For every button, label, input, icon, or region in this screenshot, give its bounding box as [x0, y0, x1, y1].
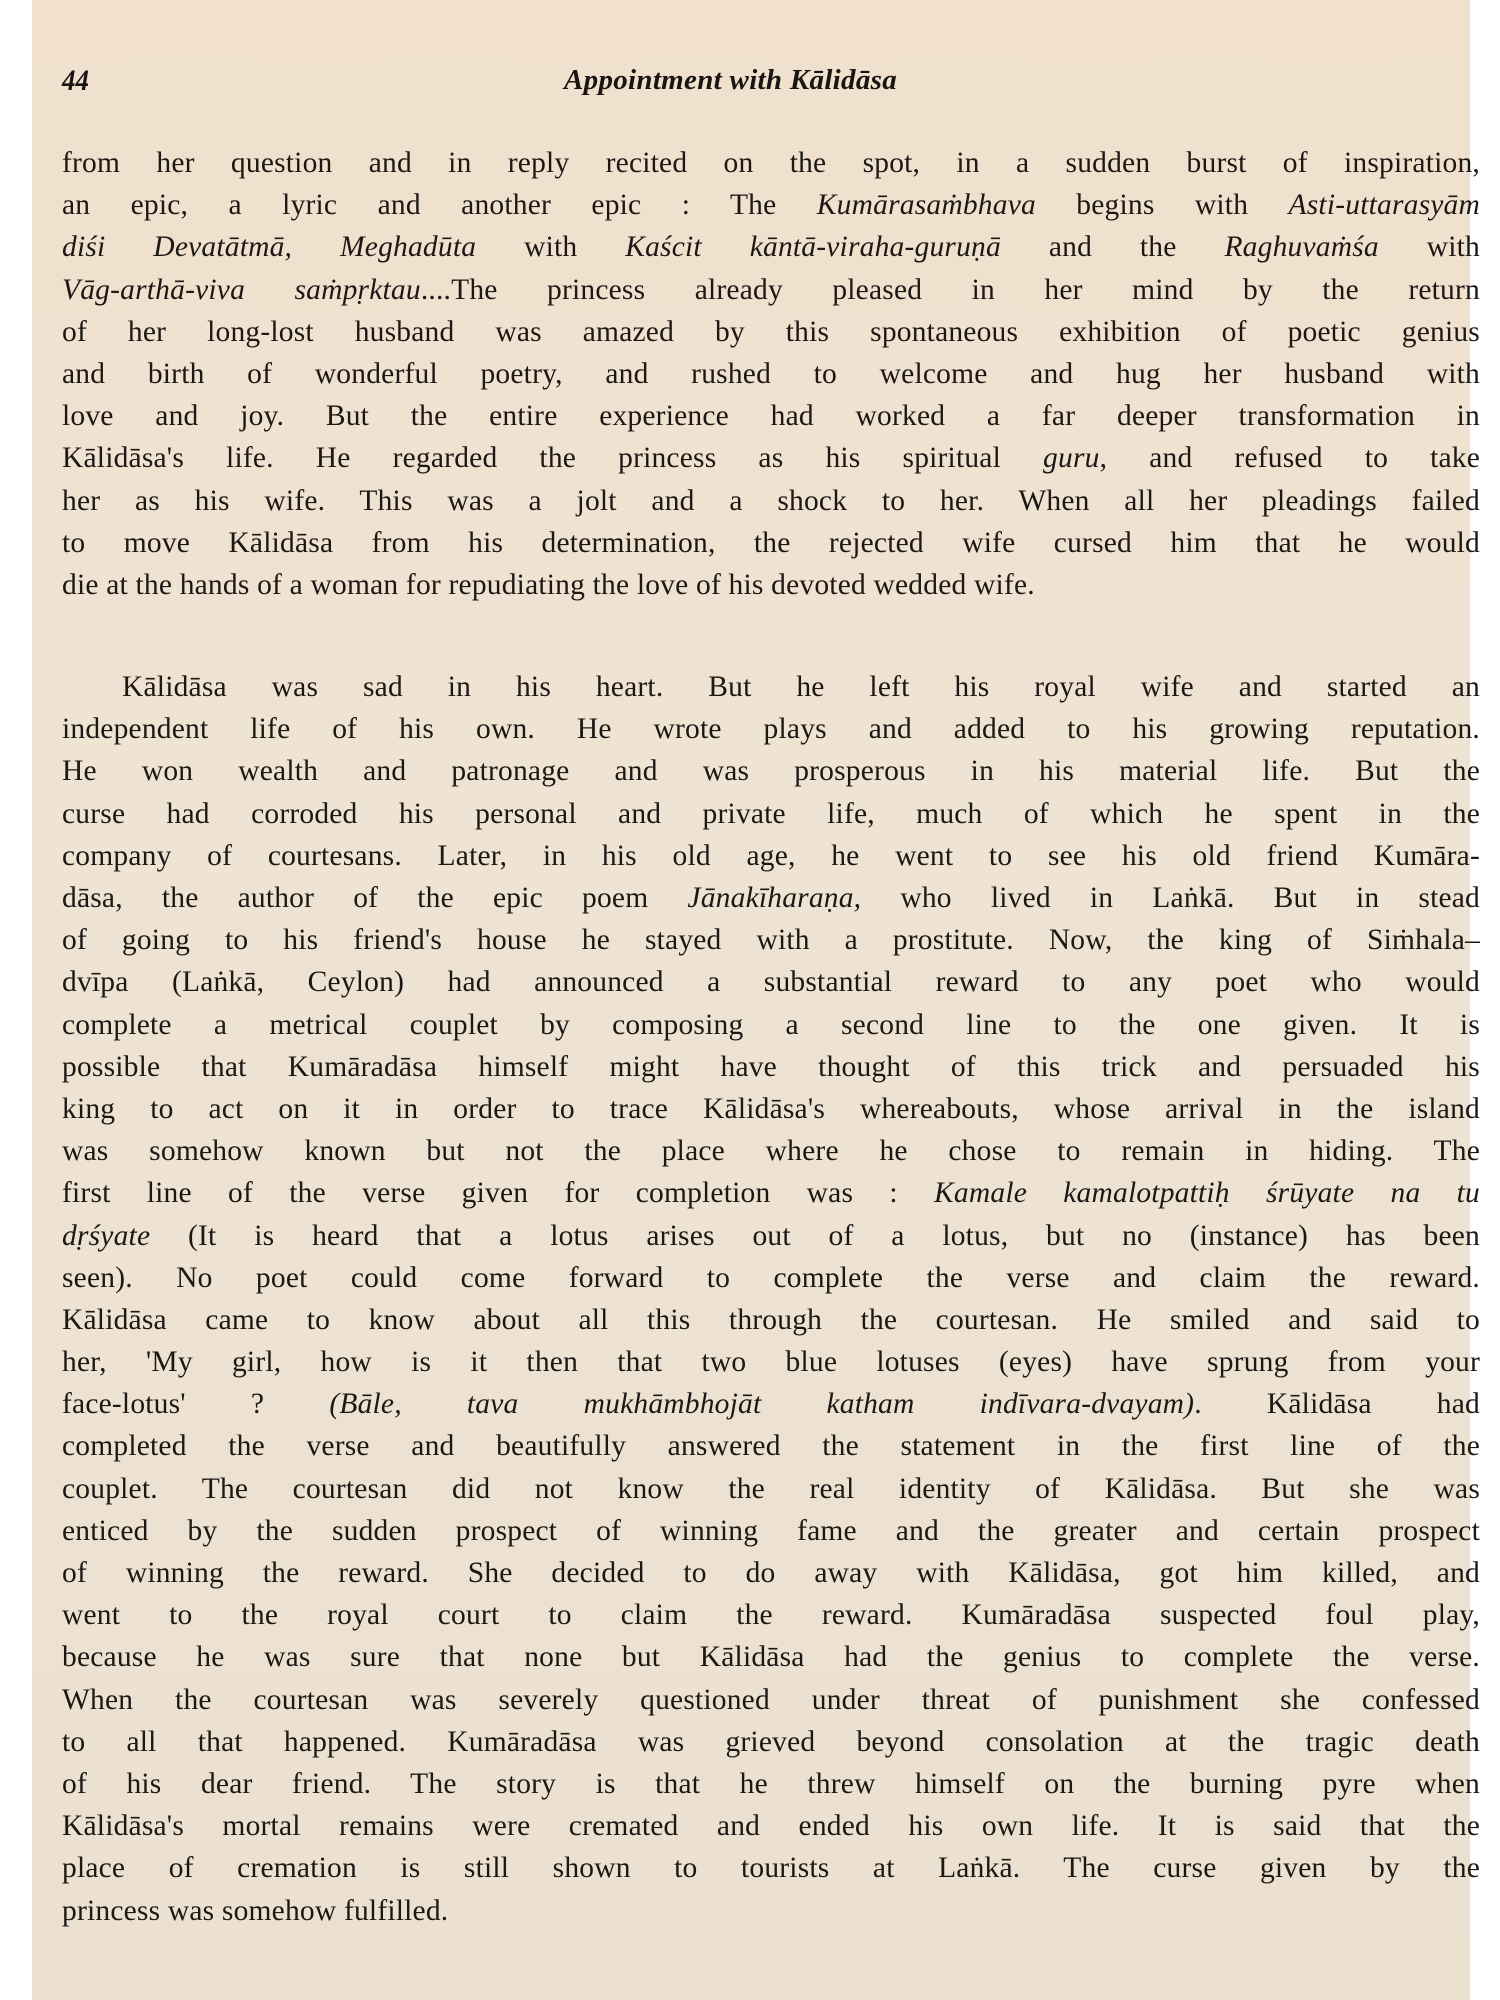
text-run: company of courtesans. Later, in his old…	[62, 840, 1480, 872]
text-line: an epic, a lyric and another epic : The …	[62, 184, 1480, 226]
text-line: of going to his friend's house he stayed…	[62, 919, 1480, 961]
italic-text: Vāg-arthā-viva saṁpṛktau	[62, 274, 421, 306]
text-line: because he was sure that none but Kālidā…	[62, 1636, 1480, 1678]
text-line: Kālidāsa was sad in his heart. But he le…	[62, 666, 1480, 708]
text-run: who lived in Laṅkā. But in stead	[861, 882, 1480, 914]
text-run: couplet. The courtesan did not know the …	[62, 1473, 1480, 1505]
text-line: enticed by the sudden prospect of winnin…	[62, 1510, 1480, 1552]
text-run: of her long-lost husband was amazed by t…	[62, 316, 1480, 348]
page-header: 44 Appointment with Kālidāsa	[32, 60, 1470, 104]
text-run: from her question and in reply recited o…	[62, 147, 1480, 179]
italic-text: dṛśyate	[62, 1220, 150, 1252]
text-line: dāsa, the author of the epic poem Jānakī…	[62, 877, 1480, 919]
text-run: . Kālidāsa had	[1194, 1388, 1480, 1420]
text-run: place of cremation is still shown to tou…	[62, 1852, 1480, 1884]
running-title: Appointment with Kālidāsa	[564, 64, 897, 97]
text-run: love and joy. But the entire experience …	[62, 400, 1480, 432]
italic-text: Kaścit kāntā-viraha-guruṇā	[625, 231, 1001, 263]
italic-text: Asti-uttarasyām	[1289, 189, 1480, 221]
text-run: of going to his friend's house he stayed…	[62, 924, 1480, 956]
text-line: to all that happened. Kumāradāsa was gri…	[62, 1721, 1480, 1763]
italic-text: guru	[1043, 442, 1100, 474]
text-line: to move Kālidāsa from his determination,…	[62, 522, 1480, 564]
text-run: ....The princess already pleased in her …	[421, 274, 1480, 306]
text-run: possible that Kumāradāsa himself might h…	[62, 1051, 1480, 1083]
text-line: When the courtesan was severely question…	[62, 1679, 1480, 1721]
text-line: dṛśyate (It is heard that a lotus arises…	[62, 1215, 1480, 1257]
text-run: enticed by the sudden prospect of winnin…	[62, 1515, 1480, 1547]
text-run: Kālidāsa's mortal remains were cremated …	[62, 1810, 1480, 1842]
text-run: Kālidāsa came to know about all this thr…	[62, 1304, 1480, 1336]
text-run: seen). No poet could come forward to com…	[62, 1262, 1480, 1294]
text-run: to all that happened. Kumāradāsa was gri…	[62, 1726, 1480, 1758]
italic-text: Raghuvaṁśa	[1224, 231, 1378, 263]
text-line: dvīpa (Laṅkā, Ceylon) had announced a su…	[62, 961, 1480, 1003]
text-line: face-lotus' ? (Bāle, tava mukhāmbhojāt k…	[62, 1383, 1480, 1425]
text-line: Vāg-arthā-viva saṁpṛktau....The princess…	[62, 269, 1480, 311]
text-run: princess was somehow fulfilled.	[62, 1895, 448, 1927]
text-run: an epic, a lyric and another epic : The	[62, 189, 817, 221]
paragraph: Kālidāsa was sad in his heart. But he le…	[62, 666, 1480, 1932]
text-run: He won wealth and patronage and was pros…	[62, 755, 1480, 787]
text-run: with	[1379, 231, 1480, 263]
text-line: independent life of his own. He wrote pl…	[62, 708, 1480, 750]
text-run: of his dear friend. The story is that he…	[62, 1768, 1480, 1800]
text-line: die at the hands of a woman for repudiat…	[62, 564, 1480, 606]
text-line: first line of the verse given for comple…	[62, 1172, 1480, 1214]
text-run: and birth of wonderful poetry, and rushe…	[62, 358, 1480, 390]
text-line: company of courtesans. Later, in his old…	[62, 835, 1480, 877]
text-run: Kālidāsa was sad in his heart. But he le…	[122, 671, 1480, 703]
text-run: because he was sure that none but Kālidā…	[62, 1641, 1480, 1673]
page-number: 44	[62, 64, 89, 98]
text-run: and the	[1001, 231, 1225, 263]
text-line: of his dear friend. The story is that he…	[62, 1763, 1480, 1805]
text-line: curse had corroded his personal and priv…	[62, 793, 1480, 835]
paragraph: from her question and in reply recited o…	[62, 142, 1480, 606]
italic-text: Kamale kamalotpattiḥ śrūyate na tu	[934, 1177, 1480, 1209]
text-run: (It is heard that a lotus arises out of …	[150, 1220, 1480, 1252]
text-line: from her question and in reply recited o…	[62, 142, 1480, 184]
text-line: couplet. The courtesan did not know the …	[62, 1468, 1480, 1510]
italic-text: Kumārasaṁbhava	[817, 189, 1036, 221]
book-page: 44 Appointment with Kālidāsa from her qu…	[32, 0, 1470, 2000]
text-run: face-lotus' ?	[62, 1388, 329, 1420]
text-run: When the courtesan was severely question…	[62, 1684, 1480, 1716]
text-line: was somehow known but not the place wher…	[62, 1130, 1480, 1172]
text-line: Kālidāsa's life. He regarded the princes…	[62, 437, 1480, 479]
paragraph-gap	[62, 606, 1480, 666]
text-run: of winning the reward. She decided to do…	[62, 1557, 1480, 1589]
text-run: with	[476, 231, 625, 263]
text-run: was somehow known but not the place wher…	[62, 1135, 1480, 1167]
text-line: completed the verse and beautifully answ…	[62, 1425, 1480, 1467]
text-line: of winning the reward. She decided to do…	[62, 1552, 1480, 1594]
body-text: from her question and in reply recited o…	[62, 142, 1480, 1932]
text-line: diśi Devatātmā, Meghadūta with Kaścit kā…	[62, 226, 1480, 268]
text-line: He won wealth and patronage and was pros…	[62, 750, 1480, 792]
text-line: complete a metrical couplet by composing…	[62, 1004, 1480, 1046]
text-line: her, 'My girl, how is it then that two b…	[62, 1341, 1480, 1383]
text-run: her as his wife. This was a jolt and a s…	[62, 485, 1480, 517]
text-line: love and joy. But the entire experience …	[62, 395, 1480, 437]
text-line: went to the royal court to claim the rew…	[62, 1594, 1480, 1636]
text-run: dvīpa (Laṅkā, Ceylon) had announced a su…	[62, 966, 1480, 998]
italic-text: diśi Devatātmā, Meghadūta	[62, 231, 476, 263]
text-line: her as his wife. This was a jolt and a s…	[62, 480, 1480, 522]
text-run: Kālidāsa's life. He regarded the princes…	[62, 442, 1043, 474]
text-line: and birth of wonderful poetry, and rushe…	[62, 353, 1480, 395]
text-line: princess was somehow fulfilled.	[62, 1890, 1480, 1932]
text-line: Kālidāsa's mortal remains were cremated …	[62, 1805, 1480, 1847]
italic-text: Jānakīharaṇa,	[687, 882, 861, 914]
italic-text: (Bāle, tava mukhāmbhojāt katham indīvara…	[329, 1388, 1194, 1420]
text-run: begins with	[1036, 189, 1289, 221]
text-run: complete a metrical couplet by composing…	[62, 1009, 1480, 1041]
text-run: dāsa, the author of the epic poem	[62, 882, 687, 914]
text-line: possible that Kumāradāsa himself might h…	[62, 1046, 1480, 1088]
text-run: , and refused to take	[1100, 442, 1480, 474]
text-line: place of cremation is still shown to tou…	[62, 1847, 1480, 1889]
text-run: independent life of his own. He wrote pl…	[62, 713, 1480, 745]
text-run: king to act on it in order to trace Kāli…	[62, 1093, 1480, 1125]
text-run: first line of the verse given for comple…	[62, 1177, 934, 1209]
text-run: went to the royal court to claim the rew…	[62, 1599, 1480, 1631]
text-line: of her long-lost husband was amazed by t…	[62, 311, 1480, 353]
text-run: die at the hands of a woman for repudiat…	[62, 569, 1035, 601]
text-run: to move Kālidāsa from his determination,…	[62, 527, 1480, 559]
text-line: seen). No poet could come forward to com…	[62, 1257, 1480, 1299]
text-run: curse had corroded his personal and priv…	[62, 798, 1480, 830]
text-line: king to act on it in order to trace Kāli…	[62, 1088, 1480, 1130]
text-run: her, 'My girl, how is it then that two b…	[62, 1346, 1480, 1378]
text-run: completed the verse and beautifully answ…	[62, 1430, 1480, 1462]
text-line: Kālidāsa came to know about all this thr…	[62, 1299, 1480, 1341]
